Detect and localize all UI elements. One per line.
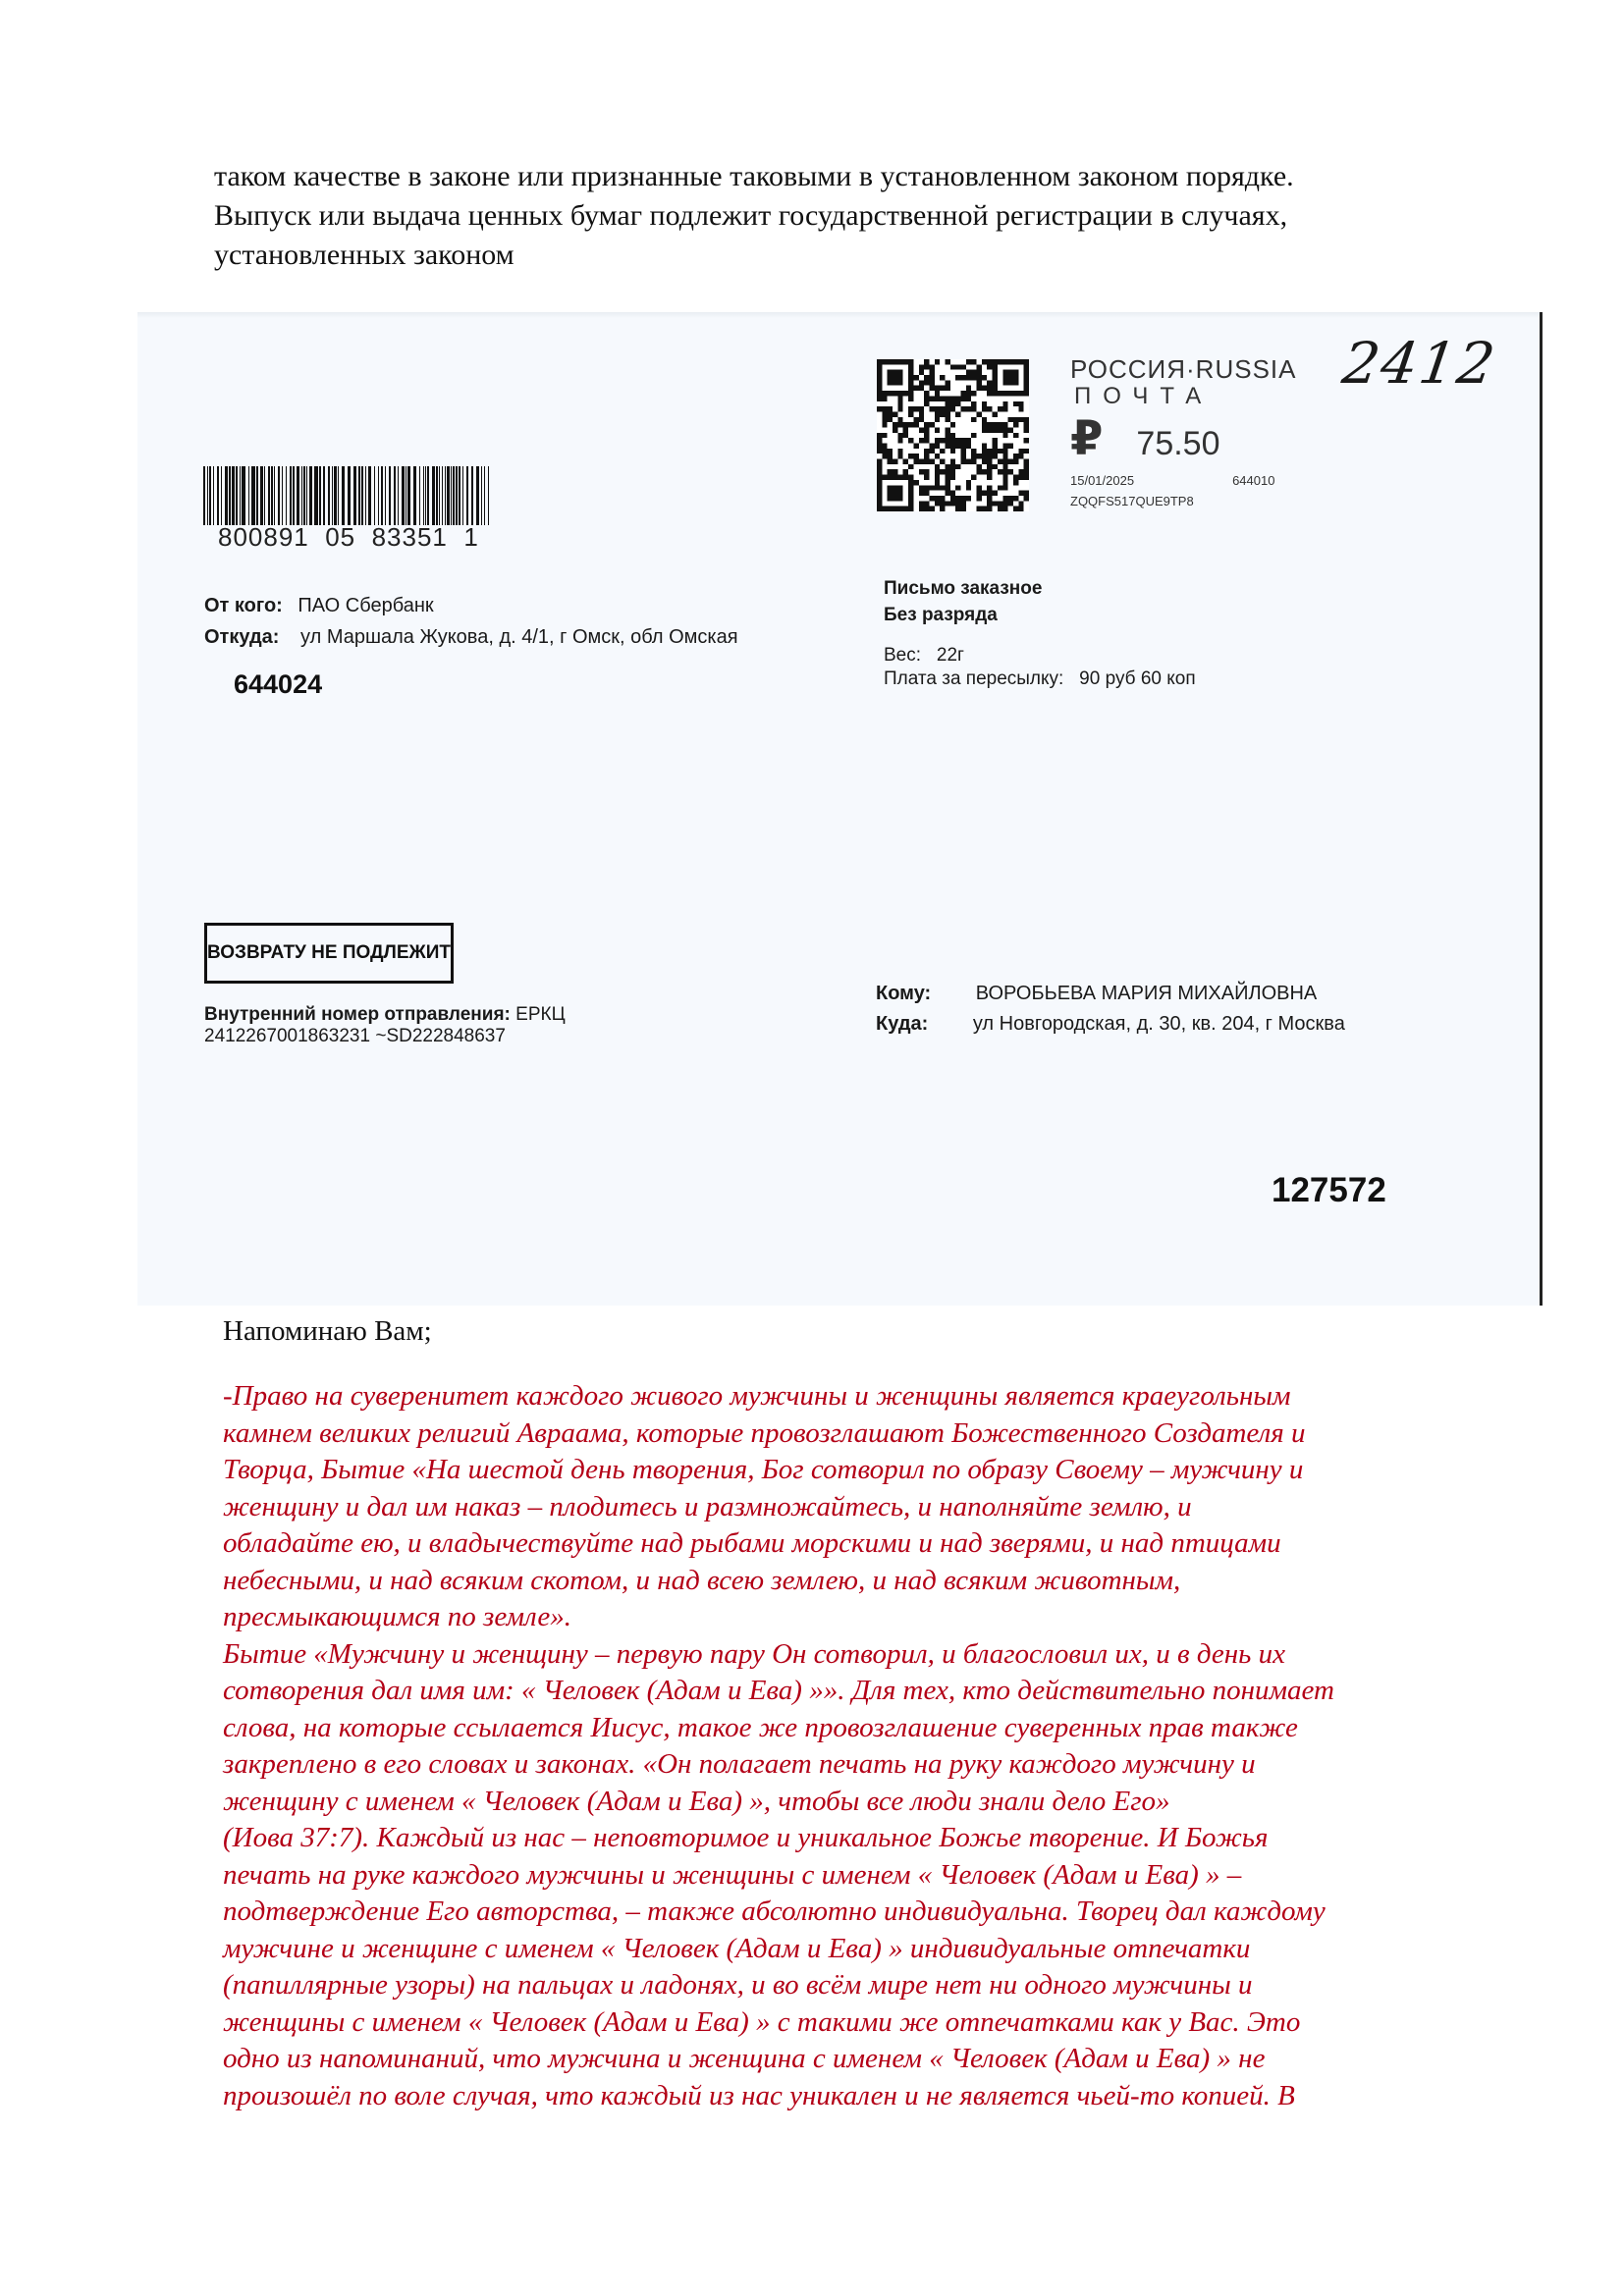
postage-date: 15/01/2025: [1070, 473, 1134, 488]
text-line: закреплено в его словах и законах. «Он п…: [223, 1746, 1539, 1784]
sender-address-row: Откуда: ул Маршала Жукова, д. 4/1, г Омс…: [204, 626, 738, 649]
sender-postal-index: 644024: [234, 669, 322, 700]
text-line: таком качестве в законе или признанные т…: [214, 157, 1490, 196]
no-return-stamp: ВОЗВРАТУ НЕ ПОДЛЕЖИТ: [204, 923, 454, 984]
text-line: (Иова 37:7). Каждый из нас – неповторимо…: [223, 1820, 1539, 1857]
text-line: печать на руке каждого мужчины и женщины…: [223, 1857, 1539, 1895]
postage-brand-sub: ПОЧТА: [1070, 383, 1296, 410]
internal-number-label: Внутренний номер отправления:: [204, 1004, 511, 1025]
sender-name: ПАО Сбербанк: [298, 595, 433, 616]
text-line: камнем великих религий Авраама, которые …: [223, 1415, 1539, 1453]
text-line: Выпуск или выдача ценных бумаг подлежит …: [214, 196, 1490, 236]
quoted-text-block: -Право на суверенитет каждого живого муж…: [223, 1378, 1539, 2114]
recipient-name-row: Кому: ВОРОБЬЕВА МАРИЯ МИХАЙЛОВНА: [876, 983, 1317, 1005]
sender-address-label: Откуда:: [204, 626, 279, 648]
fee-label: Плата за пересылку:: [884, 668, 1063, 689]
fee-value: 90 руб 60 коп: [1079, 668, 1195, 689]
sender-name-label: От кого:: [204, 595, 283, 616]
recipient-address-row: Куда: ул Новгородская, д. 30, кв. 204, г…: [876, 1013, 1345, 1036]
internal-number: Внутренний номер отправления: ЕРКЦ 24122…: [204, 1004, 566, 1047]
envelope-edge: [137, 312, 1540, 318]
text-line: обладайте ею, и владычествуйте над рыбам…: [223, 1525, 1539, 1563]
text-line: женщины с именем « Человек (Адам и Ева) …: [223, 2004, 1539, 2042]
recipient-name-label: Кому:: [876, 983, 931, 1004]
postage-mark: РОССИЯ·RUSSIA ПОЧТА ₽ 75.50 15/01/2025 6…: [1070, 355, 1296, 508]
sender-address: ул Маршала Жукова, д. 4/1, г Омск, обл О…: [300, 626, 738, 648]
barcode-icon: [203, 466, 493, 525]
text-line: -Право на суверенитет каждого живого муж…: [223, 1378, 1539, 1415]
text-line: мужчине и женщине с именем « Человек (Ад…: [223, 1931, 1539, 1968]
barcode-number: 800891 05 83351 1: [218, 522, 479, 553]
recipient-name: ВОРОБЬЕВА МАРИЯ МИХАЙЛОВНА: [976, 983, 1317, 1004]
handwritten-note: 2412: [1338, 330, 1500, 397]
postage-amount: 75.50: [1136, 424, 1219, 463]
weight-row: Вес: 22г: [884, 644, 1196, 667]
fee-row: Плата за пересылку: 90 руб 60 коп: [884, 667, 1196, 691]
mail-category: Без разряда: [884, 602, 1196, 628]
greeting: Напоминаю Вам;: [223, 1315, 432, 1348]
qr-code-icon: [877, 359, 1029, 511]
text-line: (папиллярные узоры) на пальцах и ладонях…: [223, 1967, 1539, 2004]
mail-info: Письмо заказное Без разряда Вес: 22г Пла…: [884, 575, 1196, 691]
weight-value: 22г: [937, 645, 964, 666]
recipient-address-label: Куда:: [876, 1013, 928, 1035]
text-line: Бытие «Мужчину и женщину – первую пару О…: [223, 1636, 1539, 1674]
envelope-scan: 800891 05 83351 1 РОССИЯ·RUSSIA ПОЧТА ₽ …: [137, 312, 1543, 1306]
text-line: слова, на которые ссылается Иисус, такое…: [223, 1710, 1539, 1747]
internal-number-org: ЕРКЦ: [515, 1004, 565, 1025]
internal-number-value: 2412267001863231 ~SD222848637: [204, 1026, 566, 1047]
mail-type: Письмо заказное: [884, 575, 1196, 602]
top-paragraph: таком качестве в законе или признанные т…: [214, 157, 1490, 275]
text-line: Творца, Бытие «На шестой день творения, …: [223, 1452, 1539, 1489]
text-line: одно из напоминаний, что мужчина и женщи…: [223, 2041, 1539, 2078]
weight-label: Вес:: [884, 645, 921, 666]
text-line: подтверждение Его авторства, – также абс…: [223, 1894, 1539, 1931]
recipient-postal-index: 127572: [1272, 1171, 1386, 1210]
text-line: установленных законом: [214, 236, 1490, 275]
postage-code: ZQQFS517QUE9TP8: [1070, 494, 1296, 508]
text-line: небесными, и над всяким скотом, и над вс…: [223, 1563, 1539, 1600]
postage-office-index: 644010: [1232, 473, 1274, 488]
ruble-icon: ₽: [1070, 414, 1103, 465]
text-line: женщину и дал им наказ – плодитесь и раз…: [223, 1489, 1539, 1526]
text-line: пресмыкающимся по земле».: [223, 1599, 1539, 1636]
text-line: женщину с именем « Человек (Адам и Ева) …: [223, 1784, 1539, 1821]
text-line: произошёл по воле случая, что каждый из …: [223, 2078, 1539, 2115]
text-line: сотворения дал имя им: « Человек (Адам и…: [223, 1673, 1539, 1710]
postage-brand: РОССИЯ·RUSSIA: [1070, 355, 1296, 383]
recipient-address: ул Новгородская, д. 30, кв. 204, г Москв…: [973, 1013, 1345, 1035]
sender-name-row: От кого: ПАО Сбербанк: [204, 595, 434, 617]
